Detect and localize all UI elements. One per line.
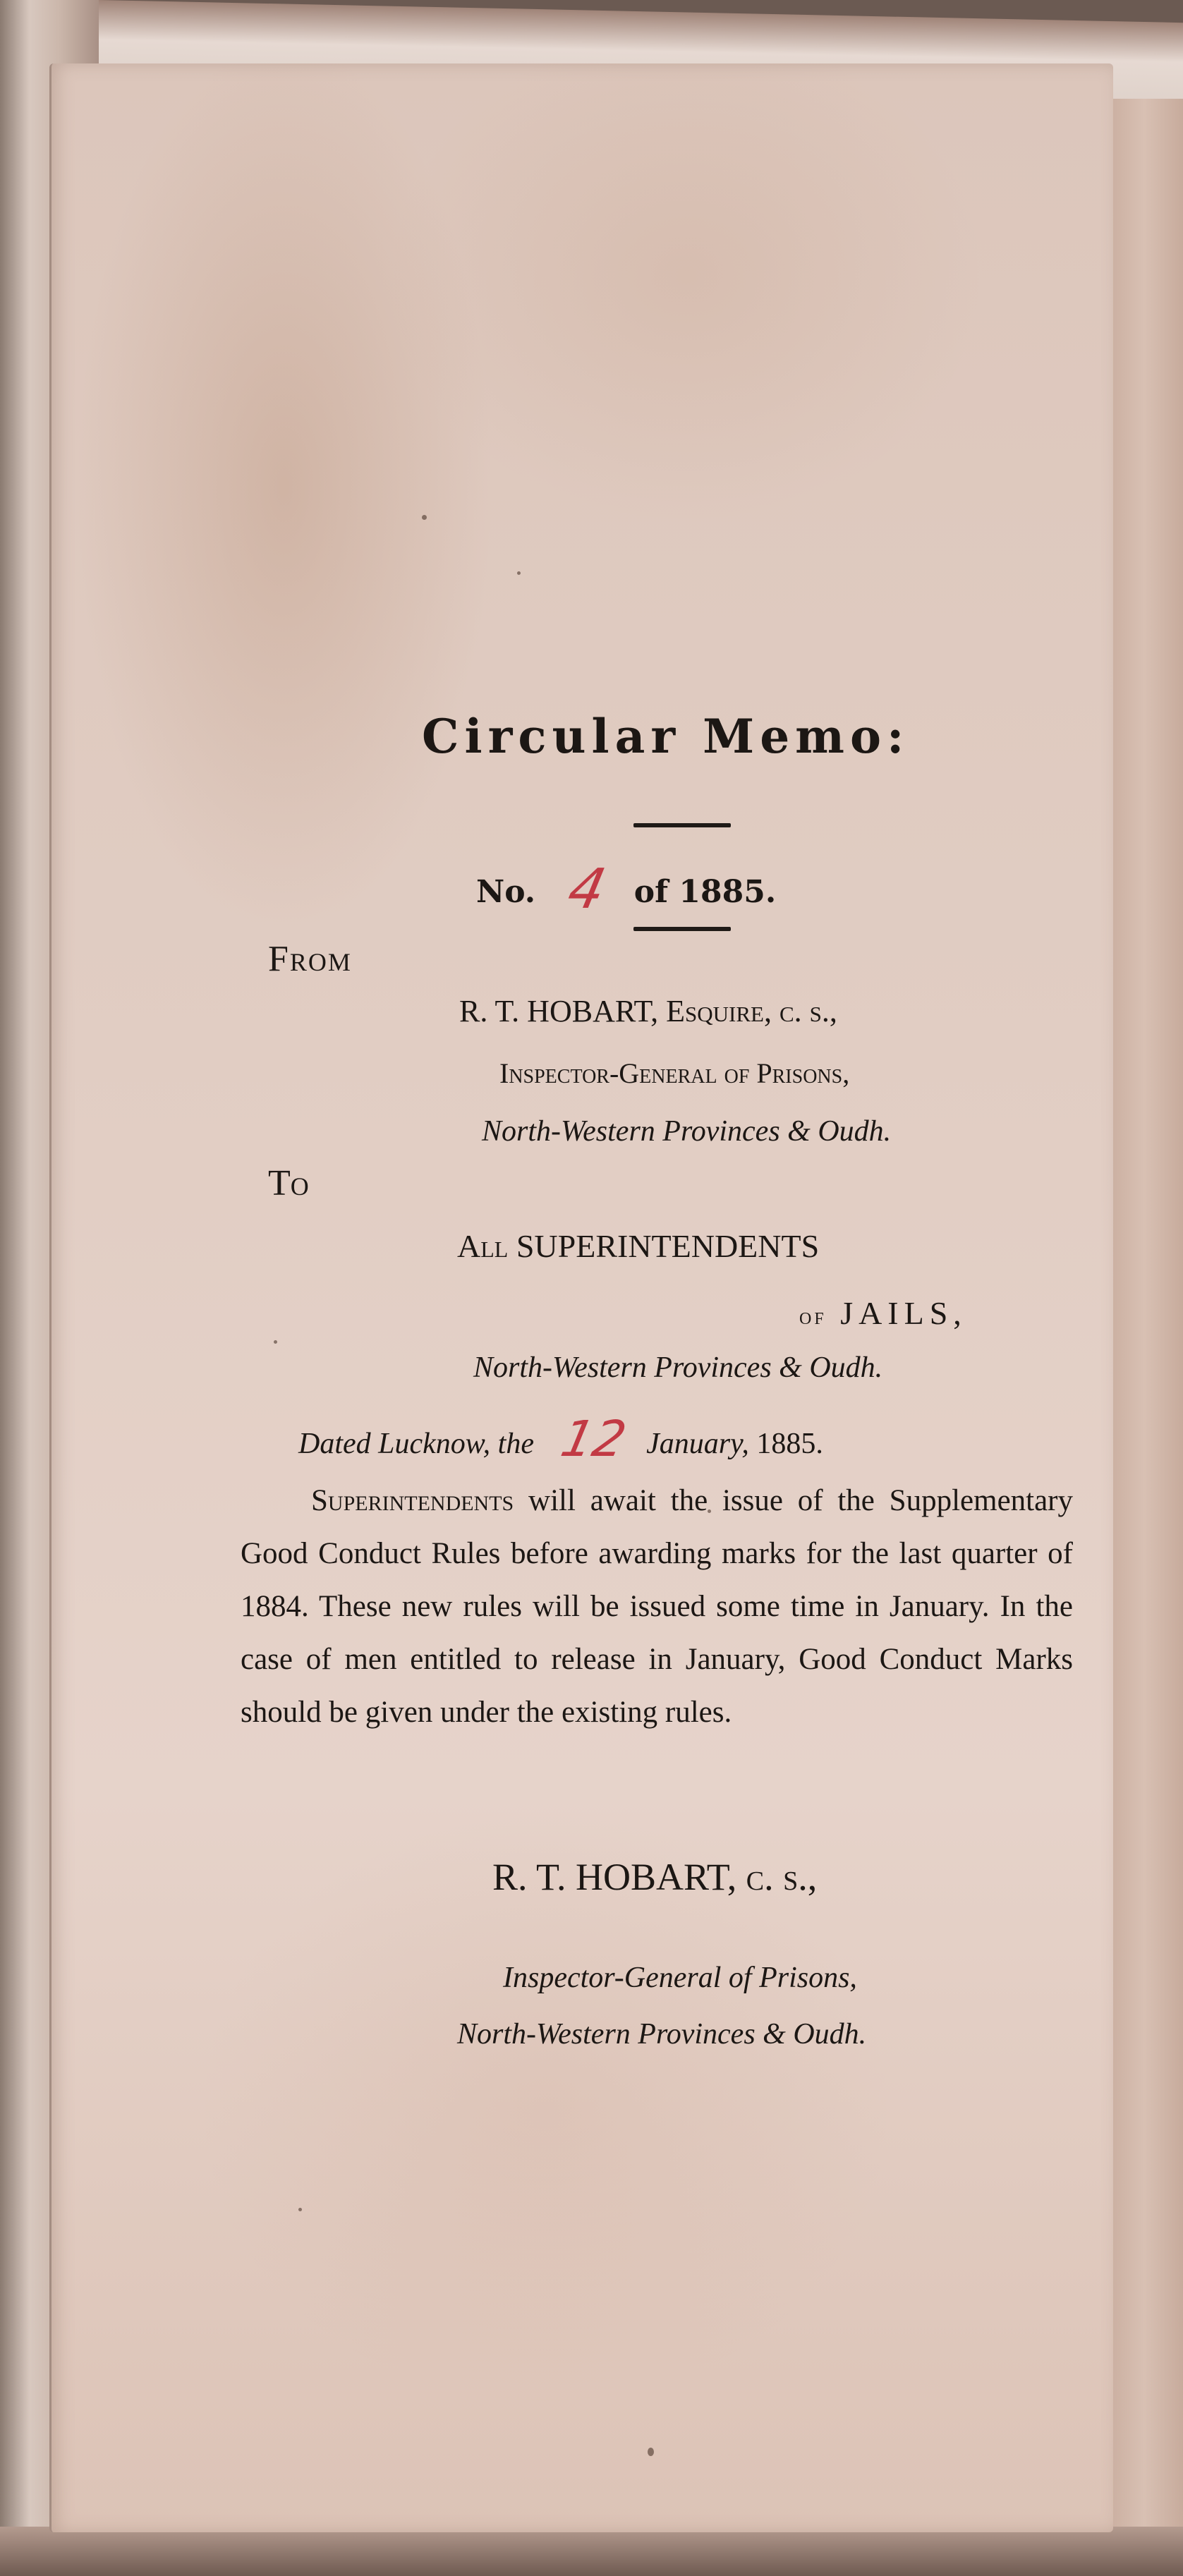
- date-prefix: Dated Lucknow, the: [298, 1428, 534, 1460]
- recipient-line-1: All SUPERINTENDENTS: [457, 1227, 819, 1265]
- signature-name-text: R. T. HOBART,: [492, 1856, 736, 1898]
- date-line: Dated Lucknow, the12January, 1885.: [298, 1407, 823, 1465]
- memo-paper: Circular Memo: No.4of 1885. From R. T. H…: [49, 63, 1113, 2532]
- sender-region: North-Western Provinces & Oudh.: [482, 1114, 891, 1148]
- sender-name-text: R. T. HOBART,: [459, 994, 658, 1028]
- divider-rule: [633, 823, 731, 827]
- signature-name-suffix: c. s.,: [746, 1856, 817, 1898]
- recipient-jails: JAILS,: [840, 1295, 967, 1331]
- memo-number-prefix: No.: [476, 874, 535, 910]
- divider-rule: [633, 927, 731, 931]
- from-label: From: [268, 938, 352, 980]
- sender-office: Inspector-General of Prisons,: [499, 1057, 849, 1090]
- memo-body: Superintendents will await the issue of …: [241, 1474, 1073, 1739]
- memo-body-paragraph: Superintendents will await the issue of …: [241, 1474, 1073, 1739]
- body-lead-word: Superintendents: [311, 1484, 514, 1517]
- recipient-main: SUPERINTENDENTS: [516, 1228, 819, 1264]
- body-text: will await the issue of the Supplementar…: [241, 1484, 1073, 1729]
- date-year: 1885.: [756, 1428, 823, 1460]
- to-label: To: [268, 1162, 309, 1204]
- recipient-region: North-Western Provinces & Oudh.: [473, 1351, 882, 1385]
- signature-title: Inspector-General of Prisons,: [503, 1961, 857, 1995]
- memo-heading: Circular Memo:: [422, 709, 909, 764]
- background-edge-bottom: [0, 2527, 1183, 2576]
- recipient-of: of: [799, 1304, 827, 1330]
- memo-number-suffix: of 1885.: [634, 874, 776, 910]
- background-edge-right: [1105, 99, 1183, 2576]
- recipient-prefix: All: [457, 1228, 508, 1264]
- handwritten-memo-number: 4: [563, 858, 612, 921]
- handwritten-day: 12: [556, 1410, 631, 1468]
- recipient-line-2: of JAILS,: [799, 1294, 967, 1332]
- signature-region: North-Western Provinces & Oudh.: [457, 2017, 866, 2051]
- signature-name: R. T. HOBART, c. s.,: [492, 1855, 817, 1899]
- sender-name-suffix: Esquire, c. s.,: [666, 994, 837, 1028]
- date-month: January,: [646, 1428, 749, 1460]
- memo-number: No.4of 1885.: [476, 852, 776, 916]
- sender-name: R. T. HOBART, Esquire, c. s.,: [459, 993, 837, 1029]
